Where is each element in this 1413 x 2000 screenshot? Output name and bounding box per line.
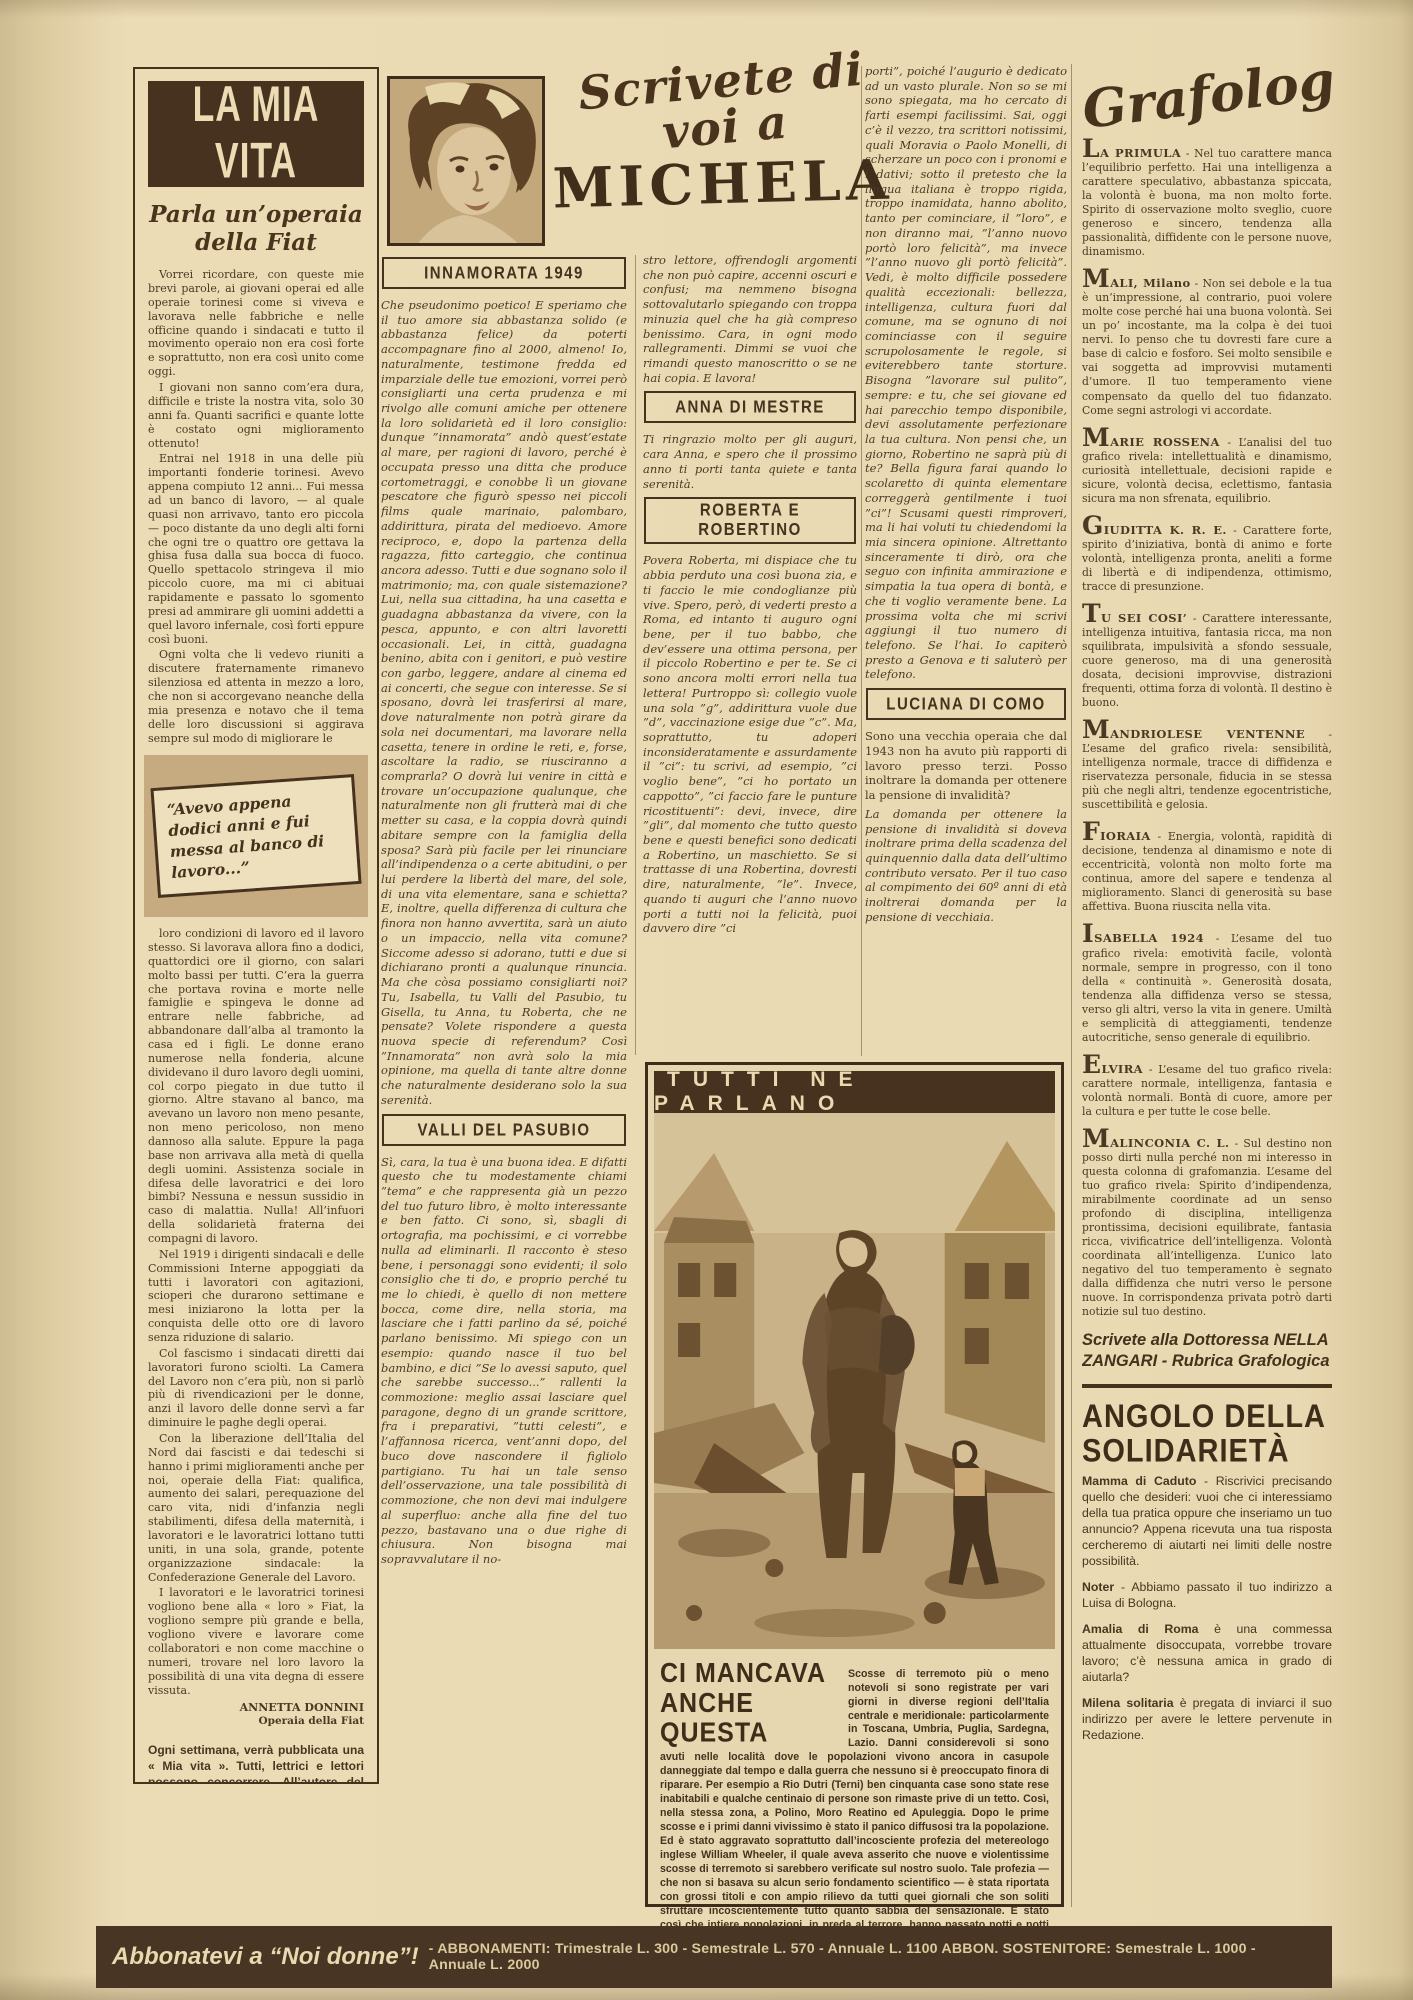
- roberta-reply-part1: Povera Roberta, mi dispiace che tu abbia…: [643, 553, 857, 936]
- item-name: Noter: [1082, 1580, 1114, 1594]
- grafologia-entry: TU SEI COSI’ - Carattere interessante, i…: [1082, 605, 1332, 710]
- grafologia-entry: MALINCONIA C. L. - Sul destino non posso…: [1082, 1130, 1332, 1319]
- grafologia-entries: LA PRIMULA - Nel tuo carattere manca l’e…: [1082, 140, 1332, 1319]
- entry-pseudonym: MANDRIOLESE VENTENNE: [1082, 727, 1305, 741]
- feature-banner-title: TUTTI NE PARLANO: [654, 1068, 1055, 1116]
- caption-title: CI MANCAVA ANCHE QUESTA: [660, 1659, 838, 1748]
- entry-analysis: - Non sei debole e la tua è un’impressio…: [1082, 277, 1332, 416]
- article-subtitle: Parla un’operaia della Fiat: [148, 201, 364, 256]
- item-text: - Abbiamo passato il tuo indirizzo a Lui…: [1082, 1580, 1332, 1610]
- angolo-item: Noter - Abbiamo passato il tuo indirizzo…: [1082, 1580, 1332, 1612]
- entry-pseudonym: LA PRIMULA: [1082, 146, 1181, 160]
- michela-column-header: Scrivete di voi a MICHELA: [548, 58, 898, 253]
- article-paragraph: Col fascismo i sindacati diretti dai lav…: [148, 1347, 364, 1430]
- grafologia-entry: GIUDITTA K. R. E. - Carattere forte, spi…: [1082, 517, 1332, 594]
- article-paragraph: Nel 1919 i dirigenti sindacali e delle C…: [148, 1248, 364, 1345]
- entry-pseudonym: ELVIRA: [1082, 1062, 1143, 1076]
- angolo-items: Mamma di Caduto - Riscrivici precisando …: [1082, 1474, 1332, 1744]
- newspaper-page: LA MIA VITA Parla un’operaia della Fiat …: [0, 0, 1413, 2000]
- article-paragraph: loro condizioni di lavoro ed il lavoro s…: [148, 927, 364, 1246]
- michela-portrait-photo: [387, 76, 545, 246]
- section-title: ANNA DI MESTRE: [675, 398, 825, 418]
- section-header-luciana: LUCIANA DI COMO: [866, 688, 1066, 720]
- article-paragraph: I giovani non sanno com’era dura, diffic…: [148, 381, 364, 450]
- advice-column-4: porti”, poiché l’augurio è dedicato ad u…: [865, 64, 1067, 1052]
- valli-reply-part2: stro lettore, offrendogli argomenti che …: [643, 253, 857, 385]
- subscription-bar: Abbonatevi a “Noi donne”! - ABBONAMENTI:…: [96, 1926, 1332, 1988]
- entry-pseudonym: GIUDITTA K. R. E.: [1082, 523, 1227, 537]
- section-header-valli: VALLI DEL PASUBIO: [382, 1114, 626, 1146]
- item-text: - Riscrivici precisando quello che desid…: [1082, 1474, 1332, 1568]
- section-divider: [1082, 1384, 1332, 1388]
- advice-column-2: INNAMORATA 1949 Che pseudonimo poetico! …: [381, 251, 627, 1906]
- roberta-reply-part2: porti”, poiché l’augurio è dedicato ad u…: [865, 64, 1067, 682]
- feature-banner: TUTTI NE PARLANO: [654, 1071, 1055, 1113]
- feature-caption: CI MANCAVA ANCHE QUESTA Scosse di terrem…: [654, 1649, 1055, 1961]
- earthquake-illustration: [654, 1113, 1055, 1649]
- entry-pseudonym: MALINCONIA C. L.: [1082, 1136, 1229, 1150]
- advice-column-3: stro lettore, offrendogli argomenti che …: [643, 253, 857, 1053]
- grafologia-column: Grafologia LA PRIMULA - Nel tuo caratter…: [1082, 60, 1332, 1910]
- item-name: Amalia di Roma: [1082, 1622, 1199, 1636]
- entry-pseudonym: MALI, Milano: [1082, 276, 1191, 290]
- section-header-anna: ANNA DI MESTRE: [644, 391, 856, 423]
- entry-analysis: - L’esame del tuo grafico rivela: emotiv…: [1082, 932, 1332, 1043]
- grafologia-entry: MARIE ROSSENA - L’analisi del tuo grafic…: [1082, 429, 1332, 506]
- section-title: LUCIANA DI COMO: [886, 695, 1045, 715]
- subscription-prices: - ABBONAMENTI: Trimestrale L. 300 - Seme…: [429, 1941, 1316, 1973]
- innamorata-reply: Che pseudonimo poetico! E speriamo che i…: [381, 298, 627, 1108]
- grafologia-entry: MALI, Milano - Non sei debole e la tua è…: [1082, 270, 1332, 417]
- tutti-ne-parlano-feature: TUTTI NE PARLANO: [645, 1062, 1064, 1907]
- luciana-question: Sono una vecchia operaia che dal 1943 no…: [865, 729, 1067, 803]
- column-divider: [1071, 64, 1072, 1907]
- article-paragraph: I lavoratori e le lavoratrici torinesi v…: [148, 1586, 364, 1697]
- angolo-item: Mamma di Caduto - Riscrivici precisando …: [1082, 1474, 1332, 1570]
- item-name: Milena solitaria: [1082, 1696, 1174, 1710]
- section-title: ROBERTA E ROBERTINO: [648, 501, 852, 540]
- entry-analysis: - Sul destino non posso dirti nulla perc…: [1082, 1137, 1332, 1318]
- entry-pseudonym: MARIE ROSSENA: [1082, 435, 1220, 449]
- la-mia-vita-banner: LA MIA VITA: [148, 81, 364, 187]
- pull-quote-block: “Avevo appena dodici anni e fui messa al…: [144, 755, 368, 917]
- luciana-answer: La domanda per ottenere la pensione di i…: [865, 807, 1067, 925]
- section-header-roberta: ROBERTA E ROBERTINO: [644, 497, 856, 544]
- pull-quote: “Avevo appena dodici anni e fui messa al…: [150, 774, 361, 898]
- grafologia-signoff: Scrivete alla Dottoressa NELLA ZANGARI -…: [1082, 1330, 1332, 1371]
- grafologia-entry: LA PRIMULA - Nel tuo carattere manca l’e…: [1082, 140, 1332, 259]
- subscription-promo: Abbonatevi a “Noi donne”!: [112, 1943, 419, 1971]
- article-body-bottom: loro condizioni di lavoro ed il lavoro s…: [148, 927, 364, 1697]
- angolo-title: ANGOLO DELLA SOLIDARIETÀ: [1082, 1400, 1332, 1470]
- grafologia-entry: ELVIRA - L’esame del tuo grafico rivela:…: [1082, 1056, 1332, 1119]
- article-paragraph: Vorrei ricordare, con queste mie brevi p…: [148, 268, 364, 379]
- section-title: VALLI DEL PASUBIO: [417, 1120, 590, 1140]
- entry-pseudonym: ISABELLA 1924: [1082, 931, 1204, 945]
- article-paragraph: Entrai nel 1918 in una delle più importa…: [148, 452, 364, 646]
- article-body-top: Vorrei ricordare, con queste mie brevi p…: [148, 268, 364, 745]
- article-paragraph: Con la liberazione dell’Italia del Nord …: [148, 1432, 364, 1584]
- column-divider: [635, 255, 636, 1055]
- grafologia-entry: ISABELLA 1924 - L’esame del tuo grafico …: [1082, 925, 1332, 1044]
- entry-analysis: - Nel tuo carattere manca l’equilibrio p…: [1082, 147, 1332, 258]
- grafologia-entry: FIORAIA - Energia, volontà, rapidità di …: [1082, 823, 1332, 914]
- grafologia-entry: MANDRIOLESE VENTENNE - L’esame del grafi…: [1082, 721, 1332, 812]
- angolo-item: Milena solitaria è pregata di inviarci i…: [1082, 1696, 1332, 1744]
- author-signature: ANNETTA DONNINI: [148, 1701, 364, 1714]
- section-title: INNAMORATA 1949: [424, 264, 584, 284]
- item-name: Mamma di Caduto: [1082, 1474, 1196, 1488]
- valli-reply-part1: Sì, cara, la tua è una buona idea. E dif…: [381, 1155, 627, 1567]
- angolo-item: Amalia di Roma è una commessa attualment…: [1082, 1622, 1332, 1686]
- entry-analysis: - Carattere interessante, intelligenza i…: [1082, 612, 1332, 709]
- la-mia-vita-article: LA MIA VITA Parla un’operaia della Fiat …: [133, 67, 379, 1784]
- entry-pseudonym: TU SEI COSI’: [1082, 611, 1187, 625]
- portrait-illustration: [390, 79, 545, 246]
- entry-pseudonym: FIORAIA: [1082, 829, 1151, 843]
- michela-title: MICHELA: [547, 151, 898, 215]
- grafologia-header: Grafologia: [1082, 60, 1332, 137]
- article-paragraph: Ogni volta che li vedevo riuniti a discu…: [148, 648, 364, 745]
- anna-reply: Ti ringrazio molto per gli auguri, cara …: [643, 432, 857, 491]
- section-header-innamorata: INNAMORATA 1949: [382, 257, 626, 289]
- editorial-footnote: Ogni settimana, verrà pubblicata una « M…: [148, 1743, 364, 1784]
- la-mia-vita-title: LA MIA VITA: [154, 76, 358, 189]
- author-role: Operaia della Fiat: [148, 1715, 364, 1727]
